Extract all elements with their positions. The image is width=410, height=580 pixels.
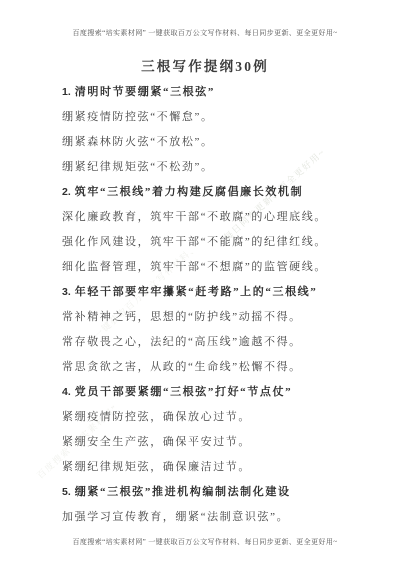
outline-heading: 3.年轻干部要牢牢攥紧“赶考路”上的“三根线”: [62, 280, 386, 305]
heading-number: 3.: [62, 286, 71, 298]
heading-text: 清明时节要绷紧“三根弦”: [75, 86, 215, 98]
page-title: 三根写作提纲30例: [0, 55, 410, 75]
header-promo-note: 百度搜索“培实素材网” 一键获取百万公文写作材料、每日同步更新、更全更好用~: [0, 28, 410, 38]
outline-line: 紧绷疫情防控弦，确保放心过节。: [62, 405, 386, 430]
footer-promo-note: 百度搜索“培实素材网” 一键获取百万公文写作材料、每日同步更新、更全更好用~: [0, 537, 410, 547]
heading-text: 筑牢“三根线”着力构建反腐倡廉长效机制: [75, 186, 303, 198]
heading-number: 2.: [62, 186, 71, 198]
outline-line: 深化廉政教育，筑牢干部“不敢腐”的心理底线。: [62, 205, 386, 230]
outline-line: 绷紧森林防火弦“不放松”。: [62, 130, 386, 155]
outline-line: 常思贪欲之害，从政的“生命线”松懈不得。: [62, 355, 386, 380]
outline-line: 加强学习宣传教育，绷紧“法制意识弦”。: [62, 505, 386, 530]
outline-list: 1.清明时节要绷紧“三根弦” 绷紧疫情防控弦“不懈怠”。 绷紧森林防火弦“不放松…: [62, 80, 386, 530]
document-page: 百度搜索“培实素材网” 一键获取百万公文写作材料、每日同步更新、更全更好用~ 每…: [0, 0, 410, 580]
outline-line: 常补精神之钙，思想的“防护线”动摇不得。: [62, 305, 386, 330]
outline-line: 细化监督管理，筑牢干部“不想腐”的监管硬线。: [62, 255, 386, 280]
outline-heading: 2.筑牢“三根线”着力构建反腐倡廉长效机制: [62, 180, 386, 205]
outline-line: 紧绷安全生产弦，确保平安过节。: [62, 430, 386, 455]
outline-heading: 1.清明时节要绷紧“三根弦”: [62, 80, 386, 105]
heading-number: 4.: [62, 386, 71, 398]
outline-line: 紧绷纪律规矩弦，确保廉洁过节。: [62, 455, 386, 480]
heading-number: 5.: [62, 486, 71, 498]
outline-heading: 4.党员干部要紧绷“三根弦”打好“节点仗”: [62, 380, 386, 405]
outline-line: 绷紧疫情防控弦“不懈怠”。: [62, 105, 386, 130]
heading-text: 年轻干部要牢牢攥紧“赶考路”上的“三根线”: [75, 286, 318, 298]
outline-line: 绷紧纪律规矩弦“不松劲”。: [62, 155, 386, 180]
outline-line: 常存敬畏之心，法纪的“高压线”逾越不得。: [62, 330, 386, 355]
heading-text: 党员干部要紧绷“三根弦”打好“节点仗”: [75, 386, 292, 398]
outline-heading: 5.绷紧“三根弦”推进机构编制法制化建设: [62, 480, 386, 505]
heading-text: 绷紧“三根弦”推进机构编制法制化建设: [75, 486, 291, 498]
heading-number: 1.: [62, 86, 71, 98]
outline-line: 强化作风建设，筑牢干部“不能腐”的纪律红线。: [62, 230, 386, 255]
